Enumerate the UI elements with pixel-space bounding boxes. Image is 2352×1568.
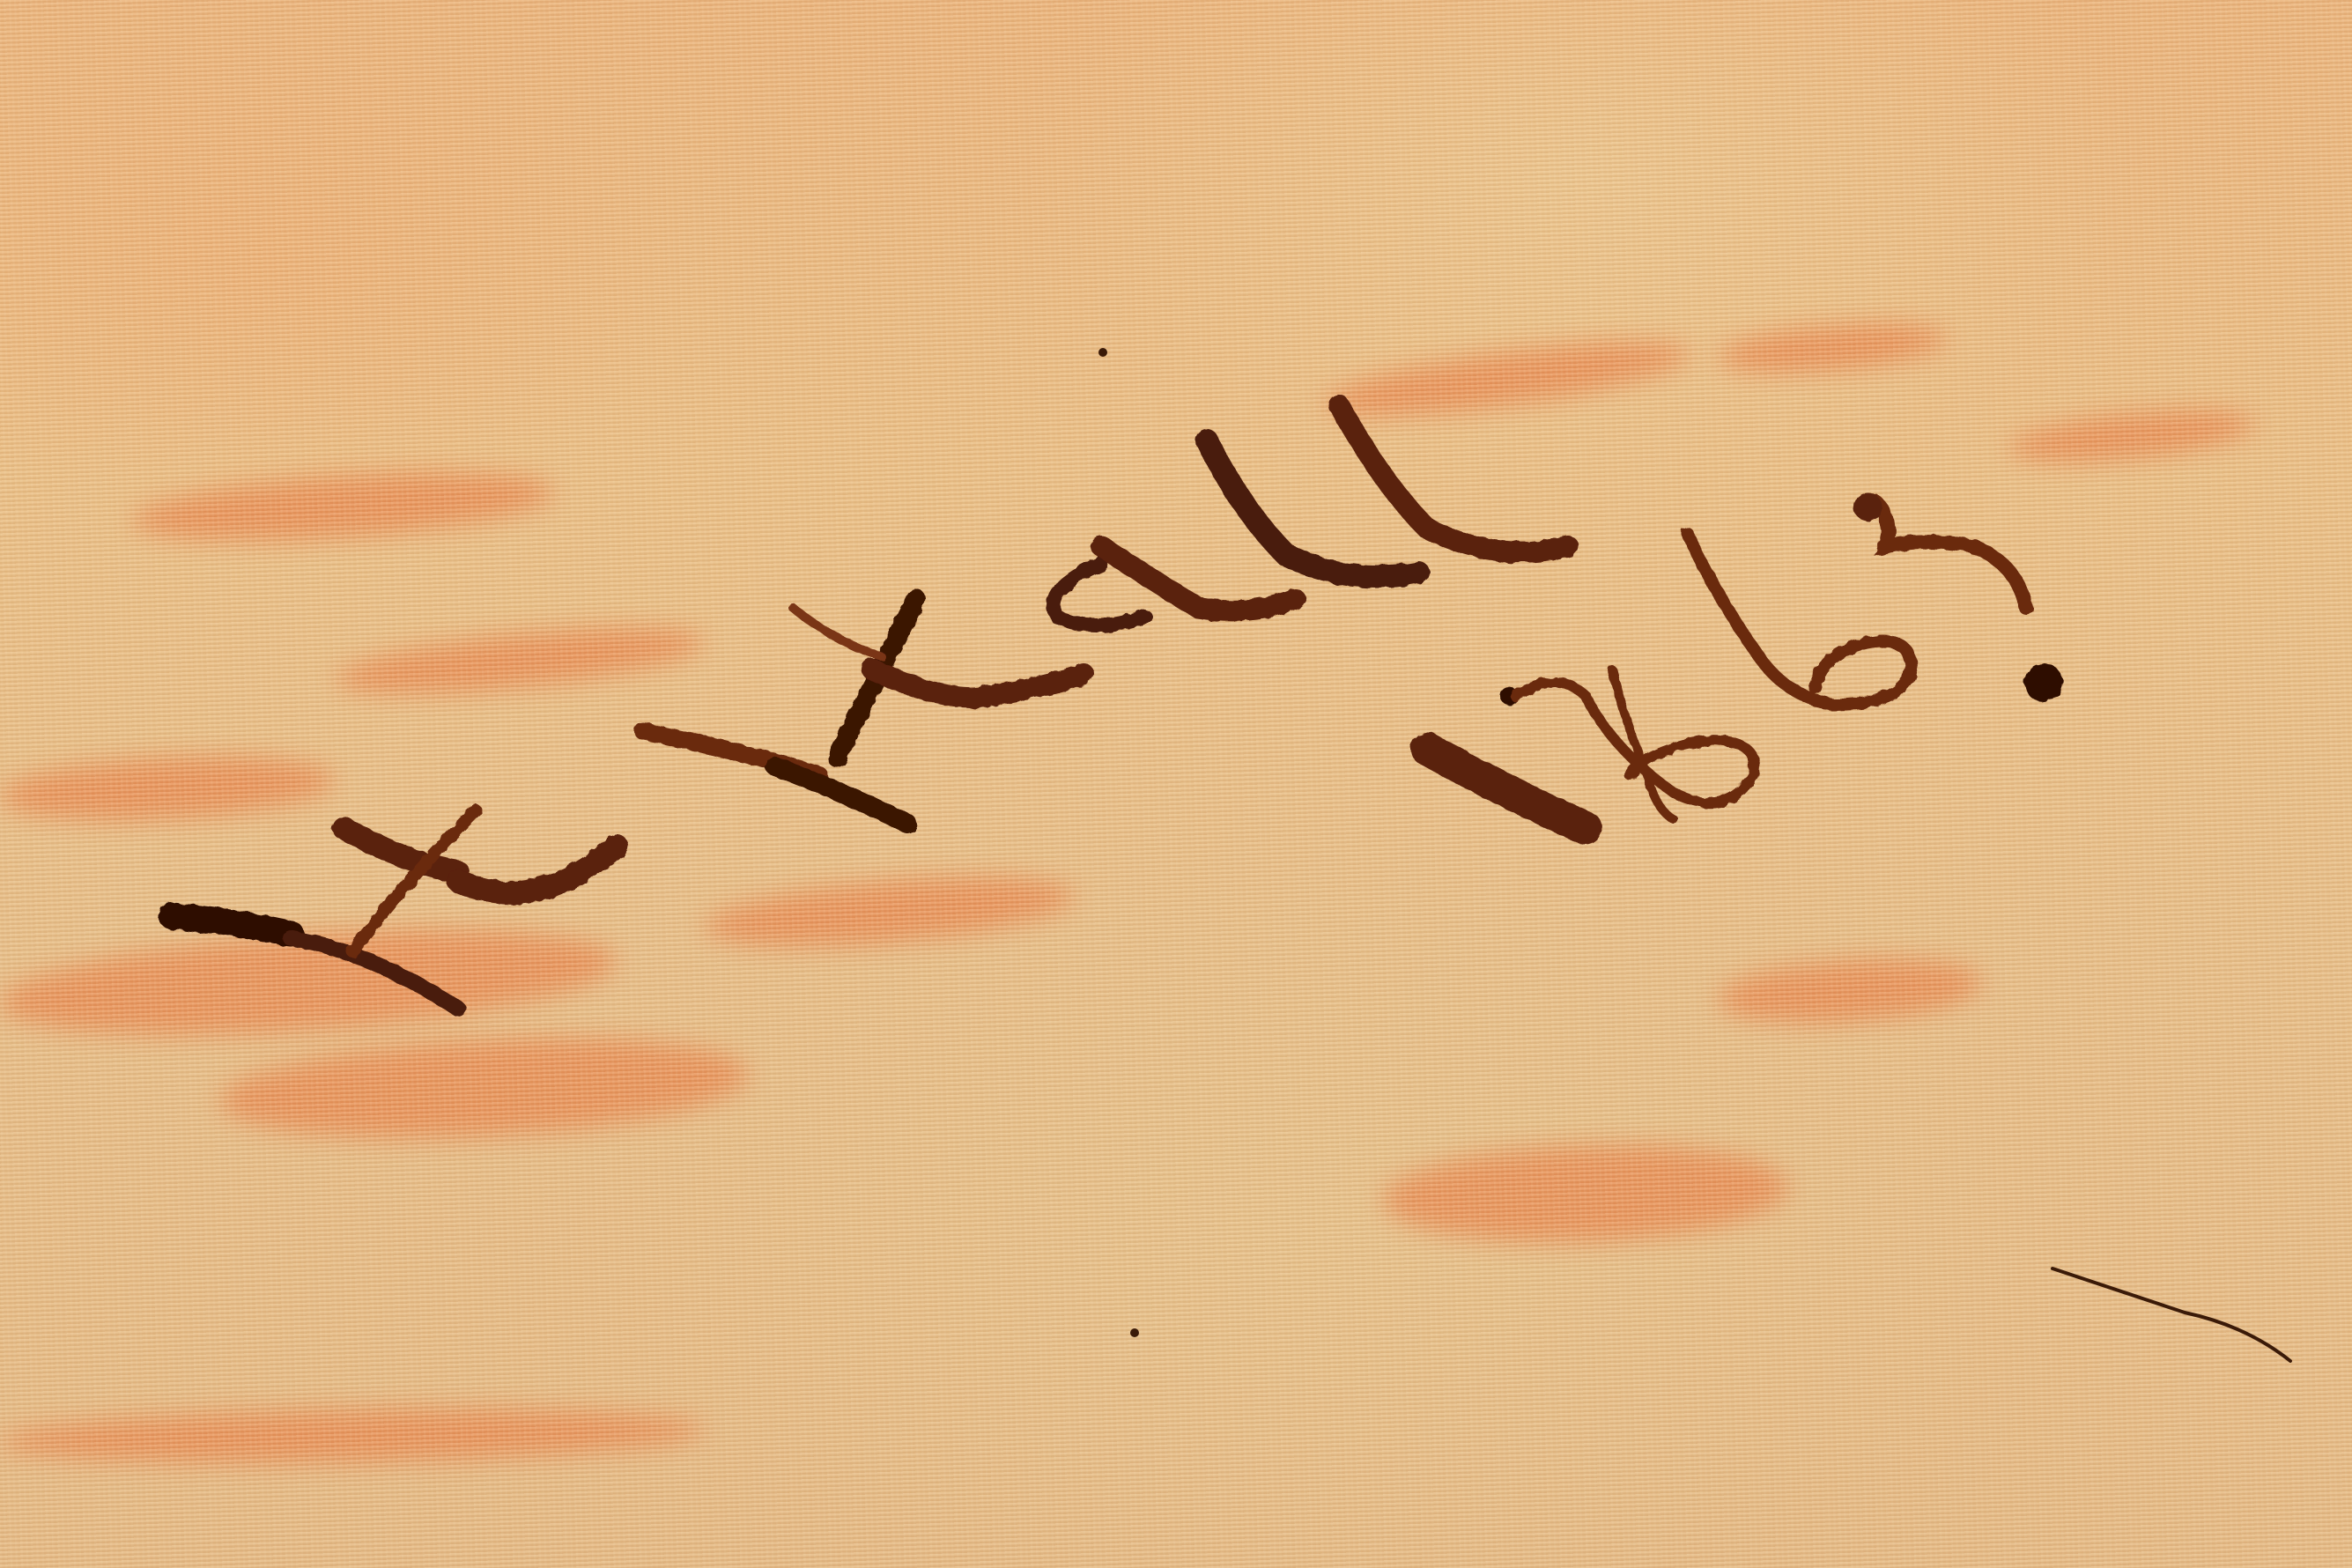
canvas-photo: Kxxell 1865. bbox=[0, 0, 2352, 1568]
stray-marks bbox=[1098, 348, 2290, 1361]
signature-mark bbox=[172, 405, 1568, 1009]
signature-ink bbox=[0, 0, 2352, 1568]
